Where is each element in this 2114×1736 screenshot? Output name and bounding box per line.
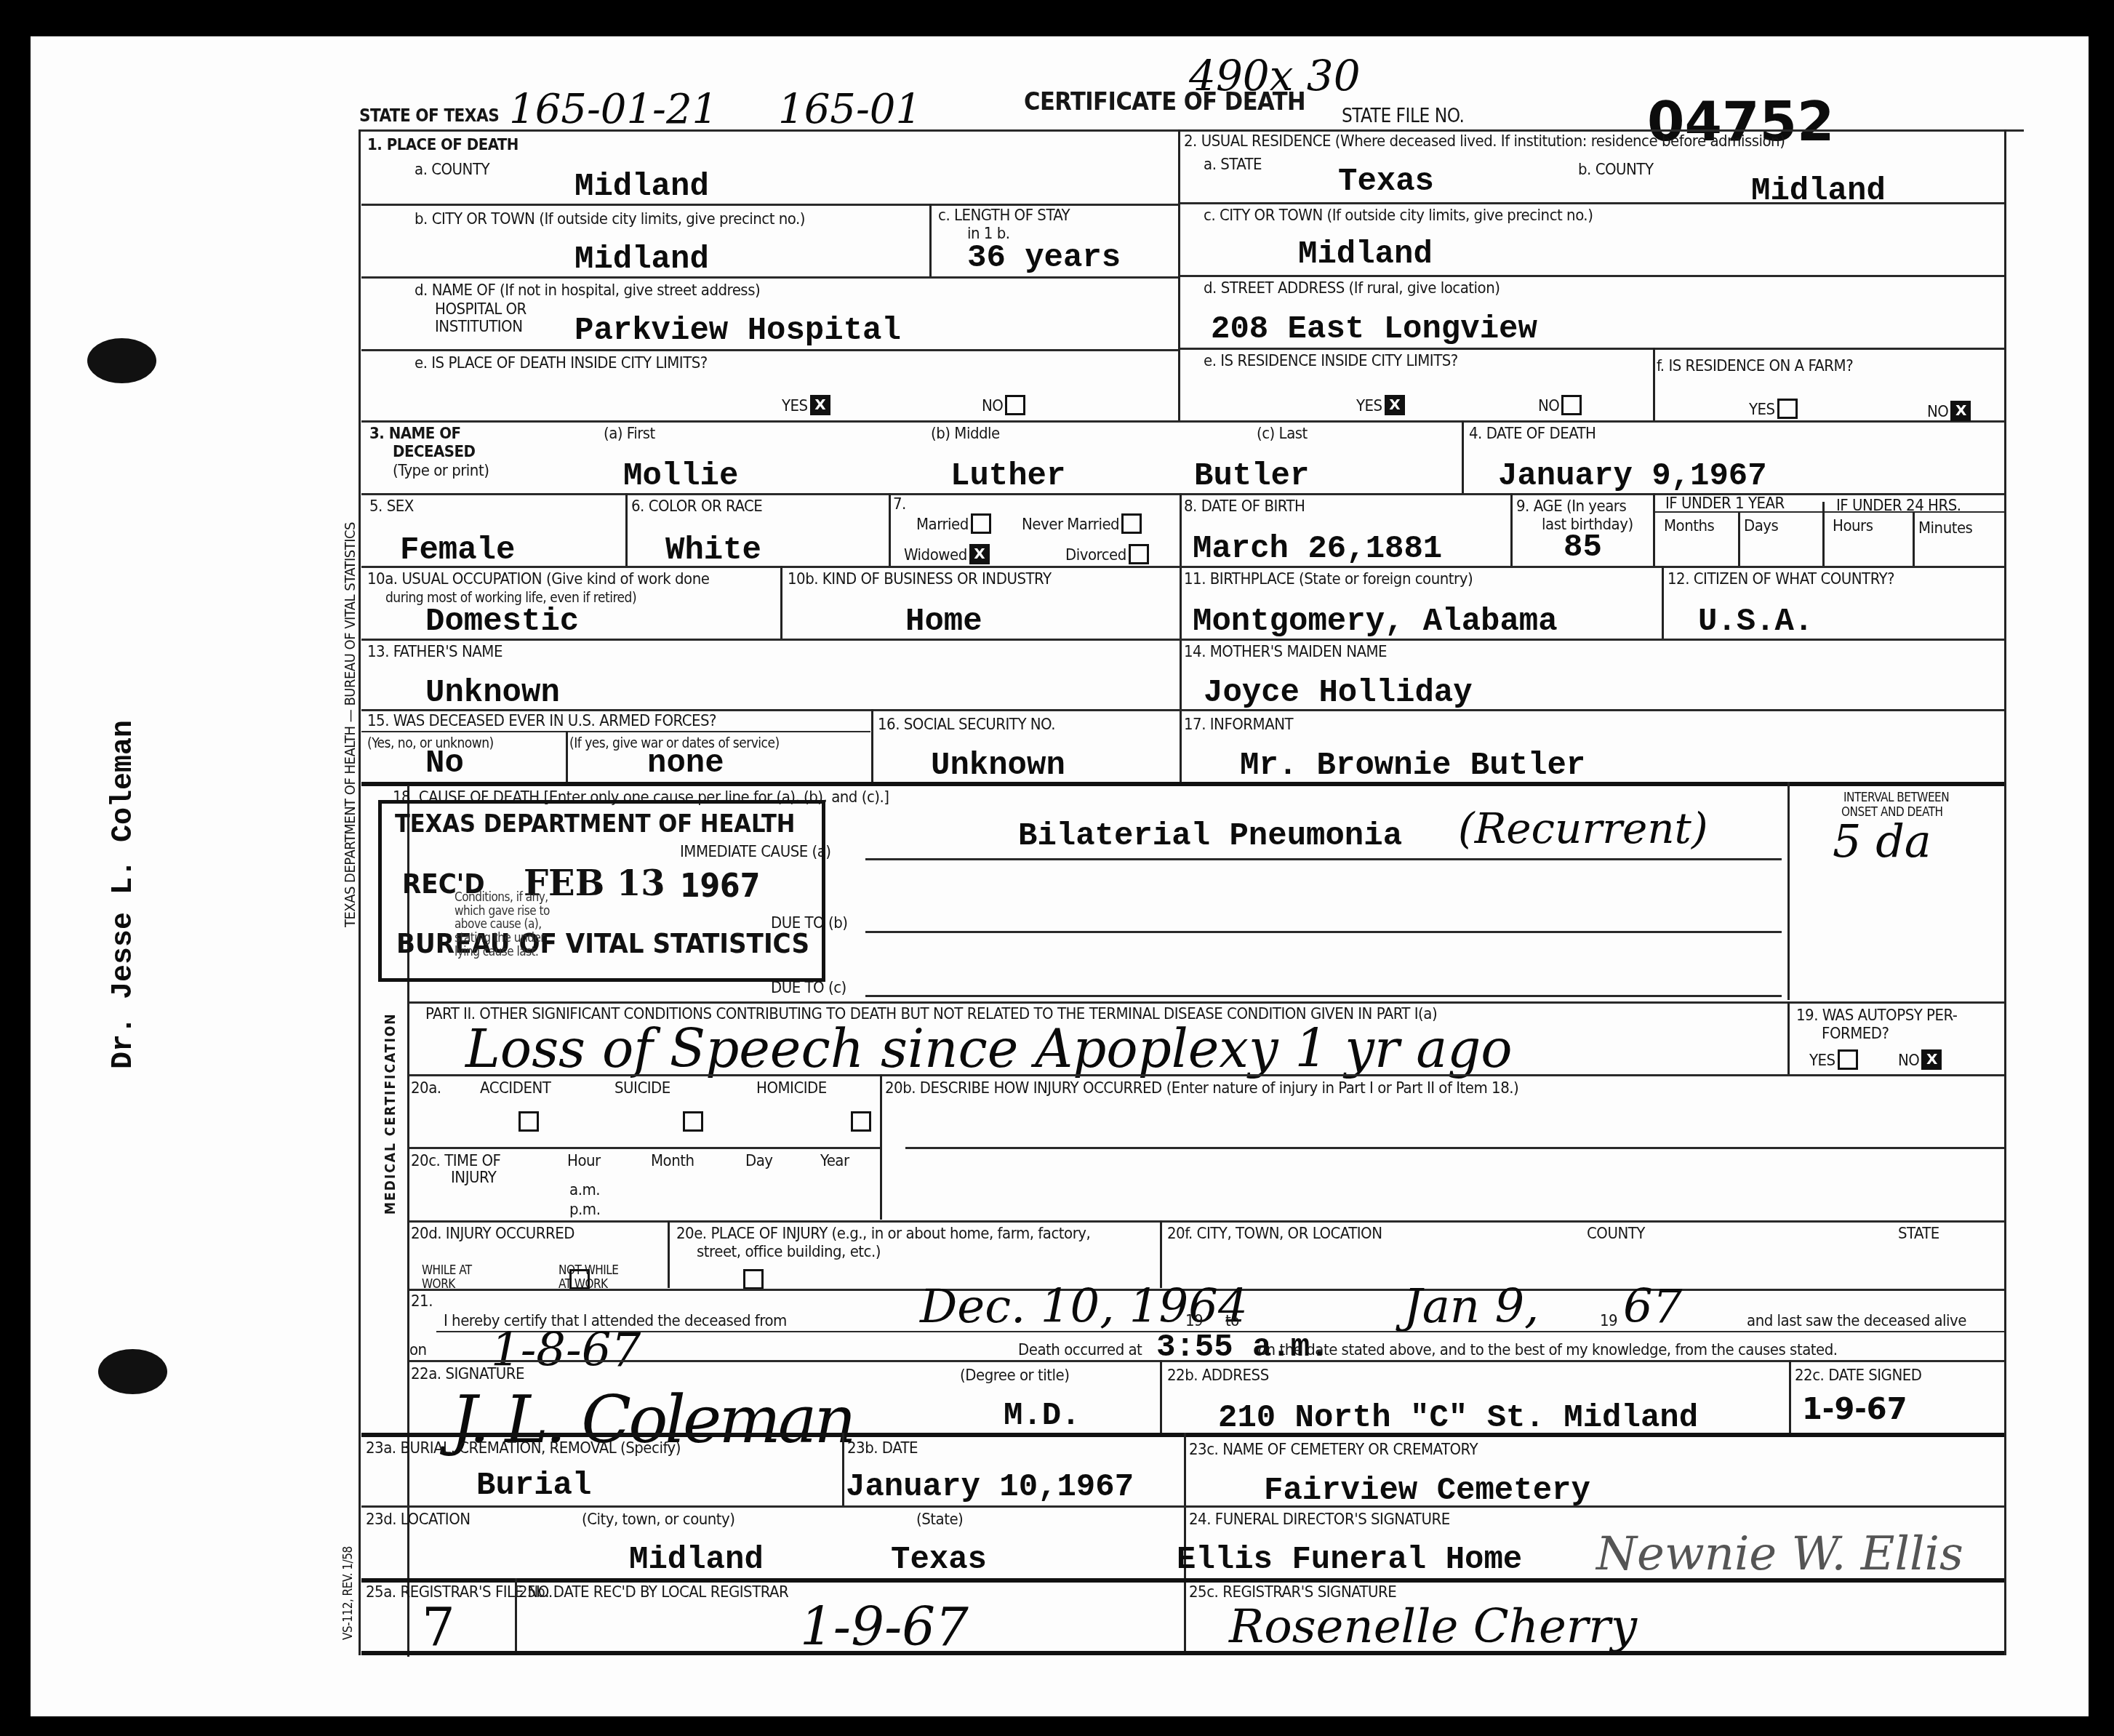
- pod-inside-city-label: e. IS PLACE OF DEATH INSIDE CITY LIMITS?: [415, 355, 708, 372]
- rule: [1787, 1001, 1790, 1074]
- first-name-label: (a) First: [604, 425, 655, 443]
- not-while-at-work-option[interactable]: NOT WHILE AT WORK: [558, 1264, 631, 1291]
- cert-text-2: and last saw the deceased alive: [1747, 1313, 1966, 1330]
- describe-injury-label: 20b. DESCRIBE HOW INJURY OCCURRED (Enter…: [885, 1080, 1518, 1097]
- res-inside-city-yes[interactable]: YESX: [1356, 396, 1405, 417]
- accident-label: ACCIDENT: [480, 1080, 550, 1097]
- autopsy-yes[interactable]: YES: [1809, 1051, 1858, 1071]
- rule: [871, 709, 873, 782]
- rule: [361, 731, 870, 732]
- res-county-label: b. COUNTY: [1578, 161, 1654, 179]
- due-to-c-label: DUE TO (c): [771, 980, 846, 997]
- never-married-label: Never Married: [1022, 516, 1119, 534]
- suicide-label: SUICIDE: [614, 1080, 670, 1097]
- hospital-value: Parkview Hospital: [574, 313, 901, 349]
- autopsy-no[interactable]: NOX: [1898, 1051, 1942, 1071]
- res-street-value: 208 East Longview: [1211, 311, 1537, 348]
- rule: [1655, 511, 2004, 513]
- rule: [409, 1147, 880, 1149]
- nineteen-1: 19: [1185, 1313, 1203, 1330]
- autopsy-label-2: FORMED?: [1822, 1025, 1889, 1043]
- under-1-year-label: IF UNDER 1 YEAR: [1665, 495, 1785, 513]
- no-label: NO: [1538, 397, 1559, 415]
- address-label: 22b. ADDRESS: [1167, 1367, 1269, 1385]
- autopsy-yes-checkbox[interactable]: [1838, 1049, 1858, 1070]
- medical-certification-label: MEDICAL CERTIFICATION: [383, 1012, 399, 1215]
- ssn-label: 16. SOCIAL SECURITY NO.: [878, 716, 1055, 734]
- race-label: 6. COLOR OR RACE: [631, 498, 762, 516]
- accident-checkbox[interactable]: [519, 1111, 539, 1132]
- cert-21-label: 21.: [411, 1293, 433, 1311]
- yes-checkbox[interactable]: [1777, 399, 1798, 419]
- rule: [361, 639, 2004, 641]
- burial-date-label: 23b. DATE: [847, 1440, 918, 1457]
- location-city-label: (City, town, or county): [582, 1511, 735, 1529]
- rule: [780, 566, 782, 639]
- time-of-injury-label: 20c. TIME OF: [411, 1153, 500, 1170]
- homicide-label: HOMICIDE: [756, 1080, 827, 1097]
- rule: [361, 420, 2004, 423]
- handwritten-above-title: 490x 30: [1189, 51, 1361, 100]
- usual-residence-label: 2. USUAL RESIDENCE (Where deceased lived…: [1184, 133, 1785, 151]
- immediate-cause-value: Bilaterial Pneumonia: [1018, 818, 1402, 855]
- yes-label: YES: [1356, 397, 1382, 415]
- rule: [515, 1578, 517, 1651]
- rule: [1738, 513, 1740, 566]
- form-number: VS-112, REV. 1/58: [342, 1546, 356, 1640]
- address-value: 210 North "C" St. Midland: [1218, 1400, 1698, 1436]
- while-at-work-label: WHILE AT WORK: [422, 1263, 472, 1292]
- occupation-value: Domestic: [425, 604, 579, 640]
- location-city-value: Midland: [629, 1542, 764, 1578]
- pm-label: p.m.: [569, 1201, 600, 1219]
- rule: [1913, 513, 1915, 566]
- cemetery-label: 23c. NAME OF CEMETERY OR CREMATORY: [1189, 1441, 1478, 1459]
- state-file-label: STATE FILE NO.: [1342, 106, 1464, 127]
- rule: [361, 1433, 2004, 1437]
- rule: [889, 493, 891, 566]
- rule: [361, 1578, 2004, 1583]
- months-label: Months: [1664, 518, 1714, 535]
- birthplace-label: 11. BIRTHPLACE (State or foreign country…: [1184, 571, 1473, 588]
- married-label: Married: [916, 516, 969, 534]
- age-label-1: 9. AGE (In years: [1516, 498, 1626, 516]
- place-of-injury-label-2: street, office building, etc.): [697, 1244, 881, 1261]
- hospital-label: d. NAME OF (If not in hospital, give str…: [415, 282, 760, 300]
- frame-left: [359, 129, 361, 1655]
- rule: [905, 1147, 2004, 1149]
- immediate-cause-handwritten: (Recurrent): [1458, 804, 1708, 853]
- stamp-line-1: TEXAS DEPARTMENT OF HEALTH: [395, 809, 795, 839]
- rule: [865, 995, 1782, 997]
- time-of-injury-label-2: INJURY: [451, 1169, 496, 1187]
- margin-typed-name: Dr. Jesse L. Coleman: [108, 720, 140, 1069]
- handwritten-code-2: 165-01: [778, 86, 921, 133]
- married-option[interactable]: Married: [916, 515, 991, 535]
- injury-county-label: COUNTY: [1587, 1225, 1645, 1243]
- res-city-label: c. CITY OR TOWN (If outside city limits,…: [1204, 207, 1593, 225]
- no-label: NO: [1927, 403, 1948, 421]
- sex-label: 5. SEX: [369, 498, 414, 516]
- degree-value: M.D.: [1004, 1398, 1081, 1434]
- punch-hole-bottom: [98, 1349, 167, 1394]
- days-label: Days: [1744, 518, 1778, 535]
- handwritten-code-1: 165-01-21: [509, 86, 718, 133]
- name-label-2: DECEASED: [393, 444, 476, 461]
- stamp-year: 1967: [680, 868, 760, 905]
- ssn-value: Unknown: [931, 748, 1065, 784]
- place-of-death-label: 1. PLACE OF DEATH: [367, 137, 519, 154]
- res-farm-yes[interactable]: YES: [1749, 400, 1798, 420]
- armed-forces-value: No: [425, 745, 464, 782]
- rule: [361, 1505, 2004, 1508]
- res-inside-city-no[interactable]: NO: [1538, 396, 1582, 417]
- location-state-value: Texas: [891, 1542, 987, 1578]
- rule: [865, 931, 1782, 933]
- first-name-value: Mollie: [623, 458, 738, 495]
- place-of-injury-label: 20e. PLACE OF INJURY (e.g., in or about …: [676, 1225, 1090, 1243]
- cert-text-3: on the date stated above, and to the bes…: [1258, 1342, 1838, 1359]
- suicide-checkbox[interactable]: [683, 1111, 703, 1132]
- widowed-option[interactable]: WidowedX: [904, 545, 990, 566]
- rule: [625, 493, 628, 566]
- to-label: to: [1225, 1313, 1239, 1330]
- sex-value: Female: [400, 532, 515, 569]
- cemetery-value: Fairview Cemetery: [1264, 1473, 1590, 1509]
- rule: [361, 349, 1178, 351]
- race-value: White: [665, 532, 761, 569]
- injury-city-label: 20f. CITY, TOWN, OR LOCATION: [1167, 1225, 1382, 1243]
- burial-method-label: 23a. BURIAL, CREMATION, REMOVAL (Specify…: [366, 1440, 681, 1457]
- interval-label-1: INTERVAL BETWEEN: [1843, 791, 1949, 805]
- rule: [1822, 502, 1825, 566]
- rule: [1510, 493, 1513, 566]
- yes-checkbox[interactable]: X: [1385, 395, 1405, 415]
- res-street-label: d. STREET ADDRESS (If rural, give locati…: [1204, 280, 1500, 297]
- not-while-at-work-label: NOT WHILE AT WORK: [558, 1263, 618, 1292]
- last-name-label: (c) Last: [1257, 425, 1308, 443]
- hospital-label-2: HOSPITAL OR: [435, 301, 527, 319]
- informant-value: Mr. Brownie Butler: [1240, 748, 1585, 784]
- res-inside-city-label: e. IS RESIDENCE INSIDE CITY LIMITS?: [1204, 353, 1458, 370]
- last-name-value: Butler: [1194, 458, 1309, 495]
- rule: [361, 782, 2004, 786]
- date-of-death-value: January 9,1967: [1498, 458, 1767, 495]
- state-of-texas-label: STATE OF TEXAS: [359, 106, 499, 125]
- mother-label: 14. MOTHER'S MAIDEN NAME: [1184, 644, 1387, 661]
- mother-value: Joyce Holliday: [1204, 675, 1473, 711]
- rule: [361, 709, 2004, 711]
- rule: [1180, 202, 2004, 204]
- attended-to-date: Jan 9,: [1404, 1280, 1539, 1334]
- not-while-at-work-checkbox[interactable]: [743, 1269, 764, 1289]
- on-label: on: [409, 1342, 427, 1359]
- date-signed-label: 22c. DATE SIGNED: [1795, 1367, 1921, 1385]
- burial-method-value: Burial: [476, 1468, 591, 1504]
- rule: [929, 204, 932, 276]
- informant-label: 17. INFORMANT: [1184, 716, 1293, 734]
- res-state-value: Texas: [1338, 164, 1434, 200]
- date-of-death-label: 4. DATE OF DEATH: [1469, 425, 1596, 443]
- rule: [409, 1360, 2004, 1362]
- middle-name-label: (b) Middle: [931, 425, 1000, 443]
- divorced-option[interactable]: Divorced: [1065, 545, 1149, 566]
- location-label: 23d. LOCATION: [366, 1511, 471, 1529]
- pod-county-value: Midland: [574, 169, 709, 205]
- res-state-label: a. STATE: [1204, 156, 1262, 174]
- registrar-signature-label: 25c. REGISTRAR'S SIGNATURE: [1189, 1584, 1396, 1601]
- year-label: Year: [820, 1153, 849, 1170]
- conditions-note: Conditions, if any, which gave rise to a…: [455, 891, 571, 959]
- part-2-handwritten: Loss of Speech since Apoplexy 1 yr ago: [465, 1018, 1513, 1079]
- minutes-label: Minutes: [1918, 520, 1972, 537]
- business-label: 10b. KIND OF BUSINESS OR INDUSTRY: [788, 571, 1051, 588]
- res-city-value: Midland: [1298, 236, 1433, 273]
- funeral-director-label: 24. FUNERAL DIRECTOR'S SIGNATURE: [1189, 1511, 1450, 1529]
- frame-bottom: [361, 1651, 2004, 1655]
- business-value: Home: [905, 604, 982, 640]
- rule: [1180, 348, 2004, 350]
- middle-name-value: Luther: [950, 458, 1065, 495]
- received-stamp: TEXAS DEPARTMENT OF HEALTH REC'D FEB 13 …: [378, 800, 825, 982]
- location-state-label: (State): [916, 1511, 963, 1529]
- no-label: NO: [982, 397, 1003, 415]
- funeral-director-signature: Newnie W. Ellis: [1596, 1527, 1963, 1581]
- no-checkbox[interactable]: [1005, 395, 1025, 415]
- frame-right: [2004, 129, 2006, 1655]
- widowed-label: Widowed: [904, 546, 967, 564]
- while-at-work-option[interactable]: WHILE AT WORK: [422, 1264, 487, 1291]
- occupation-label: 10a. USUAL OCCUPATION (Give kind of work…: [367, 571, 709, 588]
- rule: [1653, 493, 1655, 566]
- rule: [409, 1001, 2004, 1004]
- name-label-3: (Type or print): [393, 463, 489, 480]
- registrar-signature: Rosenelle Cherry: [1229, 1600, 1637, 1654]
- hour-label: Hour: [567, 1153, 601, 1170]
- father-value: Unknown: [425, 675, 560, 711]
- signature-label: 22a. SIGNATURE: [411, 1366, 524, 1383]
- pod-inside-city-yes[interactable]: YESX: [782, 396, 830, 417]
- pod-city-value: Midland: [574, 241, 709, 278]
- date-signed-value: 1-9-67: [1802, 1393, 1907, 1426]
- interval-value: 5 da: [1833, 815, 1931, 868]
- funeral-home-value: Ellis Funeral Home: [1177, 1542, 1522, 1578]
- registrar-file-value: 7: [422, 1596, 455, 1657]
- rule: [409, 1074, 2004, 1076]
- length-of-stay-label: c. LENGTH OF STAY: [938, 207, 1070, 225]
- degree-label: (Degree or title): [960, 1367, 1069, 1385]
- divorced-checkbox[interactable]: [1129, 544, 1149, 564]
- injury-state-label: STATE: [1898, 1225, 1939, 1243]
- rule: [842, 1433, 844, 1505]
- yes-label: YES: [782, 397, 808, 415]
- never-married-option[interactable]: Never Married: [1022, 515, 1142, 535]
- punch-hole-top: [87, 338, 156, 383]
- divorced-label: Divorced: [1065, 546, 1126, 564]
- yes-checkbox[interactable]: X: [810, 395, 830, 415]
- dob-label: 8. DATE OF BIRTH: [1184, 498, 1305, 516]
- vertical-department-label: TEXAS DEPARTMENT OF HEALTH — BUREAU OF V…: [342, 522, 358, 927]
- birthplace-value: Montgomery, Alabama: [1193, 604, 1558, 640]
- rule: [361, 276, 1178, 279]
- day-label: Day: [745, 1153, 773, 1170]
- pod-city-label: b. CITY OR TOWN (If outside city limits,…: [415, 211, 805, 228]
- rule: [1662, 566, 1664, 639]
- no-checkbox[interactable]: X: [1950, 401, 1971, 421]
- injury-20a-label: 20a.: [411, 1080, 441, 1097]
- citizen-value: U.S.A.: [1698, 604, 1813, 640]
- res-farm-no[interactable]: NOX: [1927, 402, 1971, 423]
- autopsy-no-checkbox[interactable]: X: [1921, 1049, 1942, 1070]
- rule: [668, 1220, 670, 1288]
- rule: [1462, 420, 1464, 493]
- date-recd-label: 25b. DATE REC'D BY LOCAL REGISTRAR: [519, 1584, 788, 1601]
- rule: [1160, 1360, 1162, 1433]
- father-label: 13. FATHER'S NAME: [367, 644, 503, 661]
- widowed-checkbox[interactable]: X: [969, 544, 990, 564]
- dob-value: March 26,1881: [1193, 531, 1442, 567]
- certificate-paper: [31, 36, 2089, 1716]
- rule: [566, 731, 568, 782]
- hospital-label-3: INSTITUTION: [435, 319, 523, 336]
- am-label: a.m.: [569, 1182, 600, 1199]
- frame-top: [359, 129, 2024, 132]
- marital-label: 7.: [893, 496, 906, 513]
- rule: [865, 858, 1782, 860]
- rule: [1787, 782, 1790, 1000]
- never-married-checkbox[interactable]: [1121, 513, 1142, 534]
- hours-label: Hours: [1833, 518, 1873, 535]
- date-recd-value: 1-9-67: [800, 1596, 969, 1657]
- married-checkbox[interactable]: [971, 513, 991, 534]
- autopsy-label-1: 19. WAS AUTOPSY PER-: [1796, 1007, 1958, 1025]
- burial-date-value: January 10,1967: [846, 1469, 1134, 1505]
- rule: [880, 1074, 882, 1220]
- nineteen-2: 19: [1600, 1313, 1617, 1330]
- month-label: Month: [651, 1153, 694, 1170]
- rule: [361, 566, 2004, 568]
- name-label-1: 3. NAME OF: [369, 425, 461, 443]
- yes-label: YES: [1749, 401, 1775, 419]
- armed-forces-label: 15. WAS DECEASED EVER IN U.S. ARMED FORC…: [367, 713, 716, 730]
- rule: [361, 204, 1178, 206]
- citizen-label: 12. CITIZEN OF WHAT COUNTRY?: [1667, 571, 1894, 588]
- attended-to-year: 67: [1623, 1280, 1682, 1334]
- pod-inside-city-no[interactable]: NO: [982, 396, 1025, 417]
- rule: [1160, 1220, 1162, 1288]
- rule: [409, 1220, 2004, 1223]
- length-of-stay-value: 36 years: [967, 240, 1121, 276]
- rule: [1653, 348, 1655, 420]
- pod-county-label: a. COUNTY: [415, 161, 489, 179]
- res-farm-label: f. IS RESIDENCE ON A FARM?: [1657, 358, 1853, 375]
- rule: [1180, 275, 2004, 277]
- homicide-checkbox[interactable]: [851, 1111, 871, 1132]
- no-checkbox[interactable]: [1561, 395, 1582, 415]
- armed-service-value: none: [647, 745, 724, 782]
- rule: [1789, 1360, 1791, 1433]
- injury-occurred-label: 20d. INJURY OCCURRED: [411, 1225, 574, 1243]
- age-value: 85: [1564, 529, 1602, 566]
- death-occurred-label: Death occurred at: [1018, 1342, 1142, 1359]
